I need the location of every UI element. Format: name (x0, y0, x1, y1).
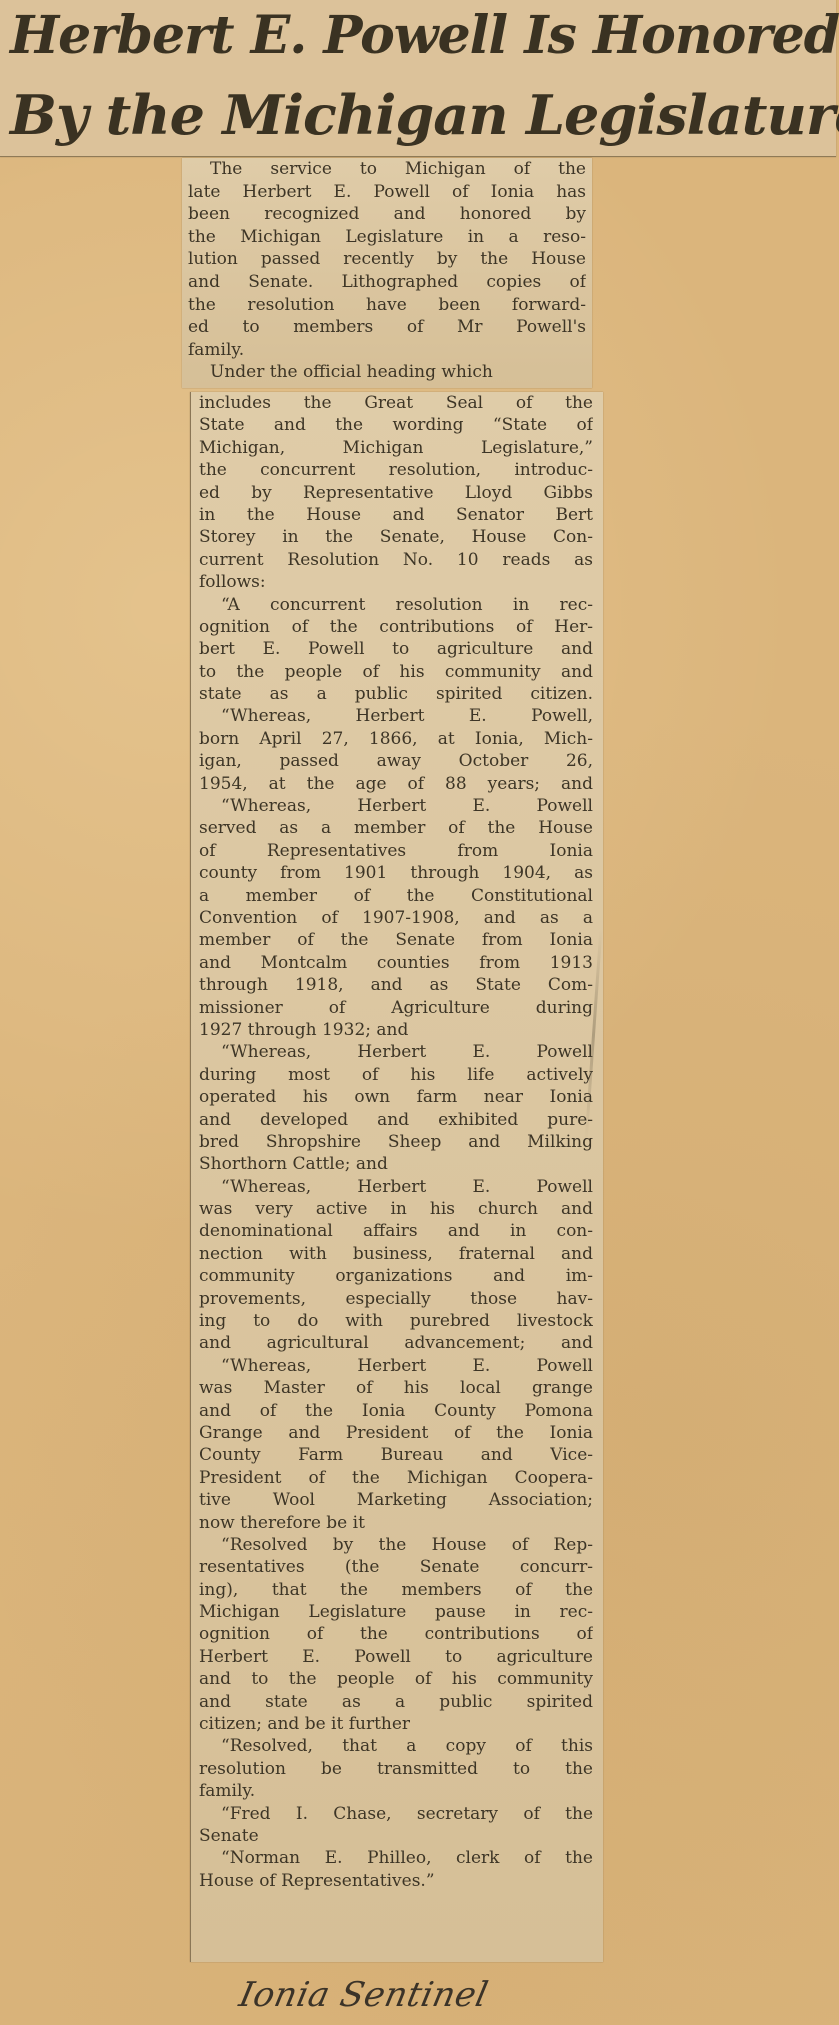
handwritten-source-note: Ionia Sentinel (236, 1975, 492, 2015)
text-line: ed by Representative Lloyd Gibbs (199, 482, 593, 504)
text-line: ognition of the contributions of (199, 1623, 593, 1645)
text-line: in the House and Senator Bert (199, 504, 593, 526)
text-line: “Whereas, Herbert E. Powell (199, 1355, 593, 1377)
text-line: citizen; and be it further (199, 1713, 593, 1735)
text-line: operated his own farm near Ionia (199, 1086, 593, 1108)
text-line: now therefore be it (199, 1512, 593, 1534)
text-line: a member of the Constitutional (199, 885, 593, 907)
text-line: ing), that the members of the (199, 1579, 593, 1601)
text-line: lution passed recently by the House (188, 248, 586, 271)
text-line: tive Wool Marketing Association; (199, 1489, 593, 1511)
text-line: was very active in his church and (199, 1198, 593, 1220)
text-line: Senate (199, 1825, 593, 1847)
text-line: Storey in the Senate, House Con- (199, 526, 593, 548)
text-line: “Resolved, that a copy of this (199, 1735, 593, 1757)
text-line: State and the wording “State of (199, 414, 593, 436)
text-line: “Fred I. Chase, secretary of the (199, 1803, 593, 1825)
text-line: 1927 through 1932; and (199, 1019, 593, 1041)
text-line: during most of his life actively (199, 1064, 593, 1086)
article-column-b: includes the Great Seal of theState and … (190, 392, 603, 1962)
text-line: resolution be transmitted to the (199, 1758, 593, 1780)
text-line: been recognized and honored by (188, 203, 586, 226)
text-line: to the people of his community and (199, 661, 593, 683)
text-line: family. (188, 339, 586, 362)
headline-clipping: Herbert E. Powell Is Honored By the Mich… (0, 0, 836, 157)
text-line: born April 27, 1866, at Ionia, Mich- (199, 728, 593, 750)
text-line: and of the Ionia County Pomona (199, 1400, 593, 1422)
headline-line-2: By the Michigan Legislature (10, 88, 839, 142)
text-line: and agricultural advancement; and (199, 1332, 593, 1354)
text-line: ed to members of Mr Powell's (188, 316, 586, 339)
text-line: through 1918, and as State Com- (199, 974, 593, 996)
text-line: and to the people of his community (199, 1668, 593, 1690)
text-line: The service to Michigan of the (188, 158, 586, 181)
text-line: Under the official heading which (188, 361, 586, 384)
text-line: President of the Michigan Coopera- (199, 1467, 593, 1489)
text-line: follows: (199, 571, 593, 593)
text-line: the Michigan Legislature in a reso- (188, 226, 586, 249)
text-line: was Master of his local grange (199, 1377, 593, 1399)
text-line: “A concurrent resolution in rec- (199, 594, 593, 616)
text-line: Grange and President of the Ionia (199, 1422, 593, 1444)
text-line: includes the Great Seal of the (199, 392, 593, 414)
text-line: “Resolved by the House of Rep- (199, 1534, 593, 1556)
text-line: House of Representatives.” (199, 1870, 593, 1892)
text-line: current Resolution No. 10 reads as (199, 549, 593, 571)
text-line: “Whereas, Herbert E. Powell (199, 1041, 593, 1063)
text-line: bred Shropshire Sheep and Milking (199, 1131, 593, 1153)
text-line: of Representatives from Ionia (199, 840, 593, 862)
text-line: 1954, at the age of 88 years; and (199, 773, 593, 795)
text-line: late Herbert E. Powell of Ionia has (188, 181, 586, 204)
text-line: resentatives (the Senate concurr- (199, 1556, 593, 1578)
text-line: Michigan, Michigan Legislature,” (199, 437, 593, 459)
text-line: state as a public spirited citizen. (199, 683, 593, 705)
text-line: “Norman E. Philleo, clerk of the (199, 1847, 593, 1869)
text-line: Shorthorn Cattle; and (199, 1153, 593, 1175)
text-line: Michigan Legislature pause in rec- (199, 1601, 593, 1623)
text-line: igan, passed away October 26, (199, 750, 593, 772)
text-line: “Whereas, Herbert E. Powell (199, 795, 593, 817)
text-line: ing to do with purebred livestock (199, 1310, 593, 1332)
text-line: “Whereas, Herbert E. Powell, (199, 705, 593, 727)
text-line: denominational affairs and in con- (199, 1220, 593, 1242)
text-line: served as a member of the House (199, 817, 593, 839)
text-line: and developed and exhibited pure- (199, 1109, 593, 1131)
text-line: county from 1901 through 1904, as (199, 862, 593, 884)
text-line: nection with business, fraternal and (199, 1243, 593, 1265)
text-line: “Whereas, Herbert E. Powell (199, 1176, 593, 1198)
text-line: bert E. Powell to agriculture and (199, 638, 593, 660)
text-line: missioner of Agriculture during (199, 997, 593, 1019)
headline-line-1: Herbert E. Powell Is Honored (10, 10, 839, 62)
text-line: County Farm Bureau and Vice- (199, 1444, 593, 1466)
text-line: Herbert E. Powell to agriculture (199, 1646, 593, 1668)
text-line: and Montcalm counties from 1913 (199, 952, 593, 974)
text-line: and state as a public spirited (199, 1691, 593, 1713)
text-line: the resolution have been forward- (188, 294, 586, 317)
column-b-text: includes the Great Seal of theState and … (191, 392, 603, 1892)
text-line: Convention of 1907-1908, and as a (199, 907, 593, 929)
text-line: and Senate. Lithographed copies of (188, 271, 586, 294)
text-line: provements, especially those hav- (199, 1288, 593, 1310)
column-a-text: The service to Michigan of thelate Herbe… (182, 158, 592, 384)
text-line: community organizations and im- (199, 1265, 593, 1287)
text-line: ognition of the contributions of Her- (199, 616, 593, 638)
text-line: family. (199, 1780, 593, 1802)
text-line: the concurrent resolution, introduc- (199, 459, 593, 481)
text-line: member of the Senate from Ionia (199, 929, 593, 951)
article-column-a: The service to Michigan of thelate Herbe… (182, 158, 592, 388)
